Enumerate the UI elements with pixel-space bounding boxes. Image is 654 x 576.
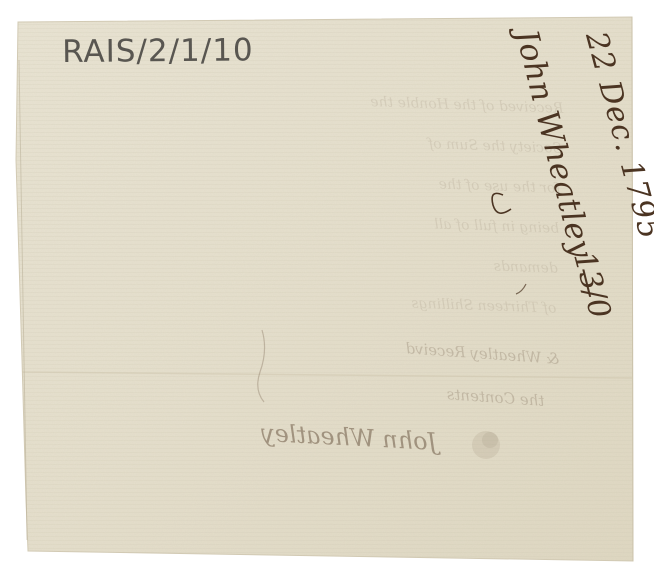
bleed-through-text: Received of the Honble the Society the S… bbox=[56, 71, 564, 328]
document-scan: Received of the Honble the Society the S… bbox=[0, 0, 654, 576]
archive-reference: RAIS/2/1/10 bbox=[62, 32, 254, 70]
